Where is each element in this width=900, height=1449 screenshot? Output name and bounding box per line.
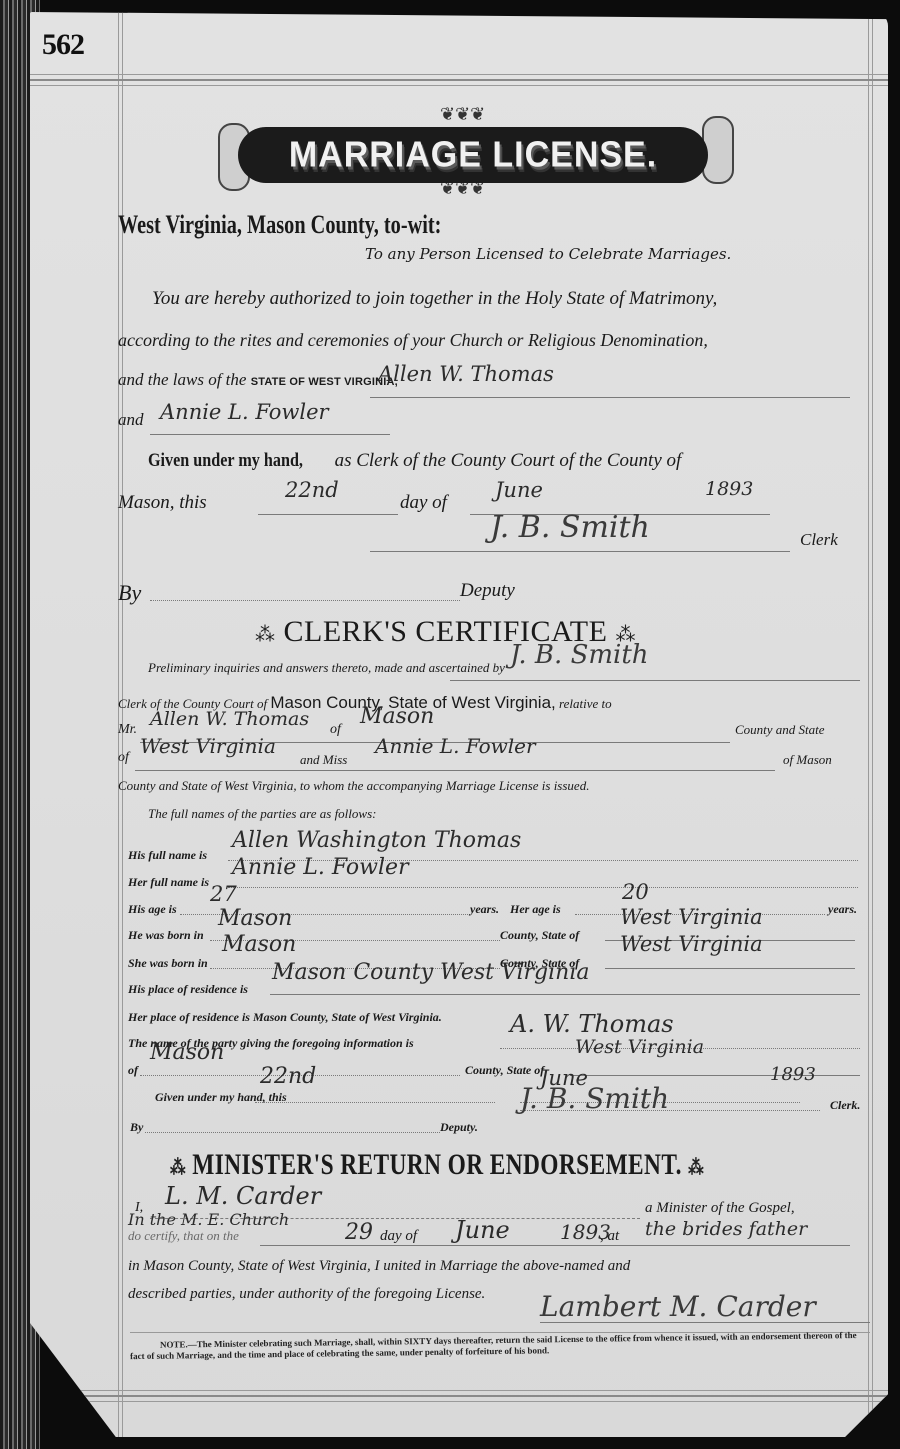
day-of-label: day of bbox=[400, 492, 447, 514]
she-born-county: Mason bbox=[222, 932, 296, 957]
she-born-state-rule bbox=[605, 968, 855, 969]
clerk-label: Clerk bbox=[800, 530, 838, 550]
given-suffix: as Clerk of the County Court of the Coun… bbox=[335, 450, 682, 471]
ascertained-by-signature: J. B. Smith bbox=[510, 640, 649, 670]
mr-label: Mr. bbox=[118, 722, 137, 738]
groom-name-rule bbox=[370, 397, 850, 398]
state-miss-rule bbox=[135, 770, 775, 771]
groom-name: Allen W. Thomas bbox=[378, 362, 554, 386]
certificate-closing: County and State of West Virginia, to wh… bbox=[118, 778, 589, 794]
mr-state: West Virginia bbox=[140, 734, 276, 758]
informant-name: A. W. Thomas bbox=[510, 1010, 674, 1038]
at-label: , at bbox=[600, 1228, 619, 1245]
left-flourish-icon: ⁂ bbox=[255, 624, 276, 646]
informant-county: Mason bbox=[150, 1040, 224, 1065]
county-label: Mason, this bbox=[118, 492, 207, 514]
top-crest-ornament: ❦❦❦ bbox=[440, 104, 485, 125]
footer-rule-band bbox=[30, 1390, 888, 1402]
laws-line: and the laws of the STATE OF WEST VIRGIN… bbox=[118, 370, 398, 390]
she-born-state: West Virginia bbox=[620, 932, 763, 956]
and-miss-label: and Miss bbox=[300, 752, 347, 768]
church-note: In the M. E. Church bbox=[128, 1210, 289, 1229]
her-full-name-label: Her full name is bbox=[128, 875, 209, 890]
ministers-return-title: ⁂ MINISTER'S RETURN OR ENDORSEMENT. ⁂ bbox=[170, 1148, 704, 1182]
she-born-label: She was born in bbox=[128, 956, 208, 971]
his-residence-label: His place of residence is bbox=[128, 982, 248, 997]
her-age: 20 bbox=[622, 880, 649, 904]
certificate-clerk-signature: J. B. Smith bbox=[520, 1082, 669, 1115]
his-residence-rule bbox=[270, 994, 860, 995]
given-day-rule bbox=[255, 1102, 495, 1103]
authorization-line-2: according to the rites and ceremonies of… bbox=[118, 330, 708, 351]
years-label-2: years. bbox=[828, 902, 857, 917]
state-county-heading: West Virginia, Mason County, to-wit: bbox=[118, 210, 441, 240]
full-names-intro: The full names of the parties are as fol… bbox=[148, 806, 376, 822]
his-full-name-label: His full name is bbox=[128, 848, 207, 863]
certificate-deputy-label: Deputy. bbox=[440, 1120, 478, 1135]
certificate-deputy-rule bbox=[145, 1132, 440, 1133]
given-under-hand-line: Given under my hand, as Clerk of the Cou… bbox=[148, 450, 681, 472]
his-age: 27 bbox=[210, 882, 237, 906]
bride-name-rule bbox=[150, 434, 390, 435]
county-state-label: County, State of bbox=[500, 928, 579, 943]
her-full-name: Annie L. Fowler bbox=[232, 855, 409, 880]
clerk-signature-rule bbox=[370, 551, 790, 552]
ceremony-day: 29 bbox=[345, 1220, 373, 1245]
her-residence: Her place of residence is Mason County, … bbox=[128, 1010, 442, 1025]
by-label: By bbox=[118, 580, 141, 606]
of-label: of bbox=[330, 722, 341, 738]
authorization-line-1: You are hereby authorized to join togeth… bbox=[152, 288, 717, 310]
clerk-signature: J. B. Smith bbox=[490, 510, 650, 545]
certificate-by-label: By bbox=[130, 1120, 143, 1135]
given-year: 1893 bbox=[770, 1064, 816, 1085]
given-day: 22nd bbox=[260, 1064, 316, 1089]
mr-county: Mason bbox=[360, 704, 434, 729]
minister-name: L. M. Carder bbox=[165, 1182, 321, 1210]
her-full-name-rule bbox=[228, 887, 858, 888]
laws-state: STATE OF WEST VIRGINIA, bbox=[251, 376, 398, 388]
of-mason-label: of Mason bbox=[783, 752, 832, 768]
margin-line-right bbox=[868, 12, 869, 1437]
license-day: 22nd bbox=[285, 478, 339, 502]
ceremony-month: June bbox=[455, 1216, 510, 1244]
laws-prefix: and the laws of the bbox=[118, 370, 246, 389]
ceremony-place: the brides father bbox=[645, 1218, 807, 1240]
informant-of-label: of bbox=[128, 1063, 138, 1078]
county-and-state-label: County and State bbox=[735, 722, 825, 738]
mr-name: Allen W. Thomas bbox=[150, 708, 309, 730]
ministers-return-title-text: MINISTER'S RETURN OR ENDORSEMENT. bbox=[192, 1148, 682, 1181]
ministers-return-line-4: described parties, under authority of th… bbox=[128, 1286, 485, 1303]
informant-state: West Virginia bbox=[575, 1036, 704, 1058]
informant-state-rule bbox=[570, 1075, 860, 1076]
ascertained-by-rule bbox=[450, 680, 860, 681]
his-residence: Mason County West Virginia bbox=[272, 960, 589, 985]
years-label: years. bbox=[470, 902, 499, 917]
header-rule-band bbox=[30, 74, 888, 86]
her-age-label: Her age is bbox=[510, 902, 561, 917]
he-born-state: West Virginia bbox=[620, 905, 763, 929]
certificate-clerk-label: Clerk. bbox=[830, 1098, 860, 1113]
deputy-rule bbox=[150, 600, 460, 601]
certify-label: do certify, that on the bbox=[128, 1228, 239, 1244]
note-label: NOTE. bbox=[160, 1339, 188, 1349]
addressee-line: To any Person Licensed to Celebrate Marr… bbox=[365, 245, 731, 263]
banner-title: MARRIAGE LICENSE. bbox=[289, 135, 657, 176]
ministers-return-line-3: in Mason County, State of West Virginia,… bbox=[128, 1258, 630, 1275]
of-label-2: of bbox=[118, 750, 129, 766]
county-state-label-3: County, State of bbox=[465, 1063, 544, 1078]
marriage-license-banner: MARRIAGE LICENSE. bbox=[238, 127, 708, 183]
and-label: and bbox=[118, 410, 144, 430]
he-born-county: Mason bbox=[218, 906, 292, 931]
minister-signature: Lambert M. Carder bbox=[540, 1290, 816, 1323]
given-prefix: Given under my hand, bbox=[148, 450, 303, 472]
margin-line-right-2 bbox=[872, 12, 873, 1437]
he-born-label: He was born in bbox=[128, 928, 204, 943]
deputy-label: Deputy bbox=[460, 580, 515, 602]
left-flourish-icon: ⁂ bbox=[170, 1157, 186, 1179]
his-full-name: Allen Washington Thomas bbox=[232, 828, 521, 853]
preliminary-line: Preliminary inquiries and answers theret… bbox=[148, 660, 505, 676]
minister-of-gospel: a Minister of the Gospel, bbox=[645, 1200, 795, 1217]
day-rule bbox=[258, 514, 398, 515]
license-month: June bbox=[495, 478, 543, 502]
miss-name: Annie L. Fowler bbox=[375, 734, 536, 758]
certify-rule bbox=[260, 1245, 850, 1246]
right-flourish-icon: ⁂ bbox=[688, 1157, 704, 1179]
bride-name: Annie L. Fowler bbox=[160, 400, 329, 424]
ceremony-day-of-label: day of bbox=[380, 1228, 417, 1245]
page-number: 562 bbox=[42, 28, 84, 62]
his-age-label: His age is bbox=[128, 902, 177, 917]
relative-to: relative to bbox=[559, 696, 612, 711]
license-year: 1893 bbox=[705, 478, 753, 500]
